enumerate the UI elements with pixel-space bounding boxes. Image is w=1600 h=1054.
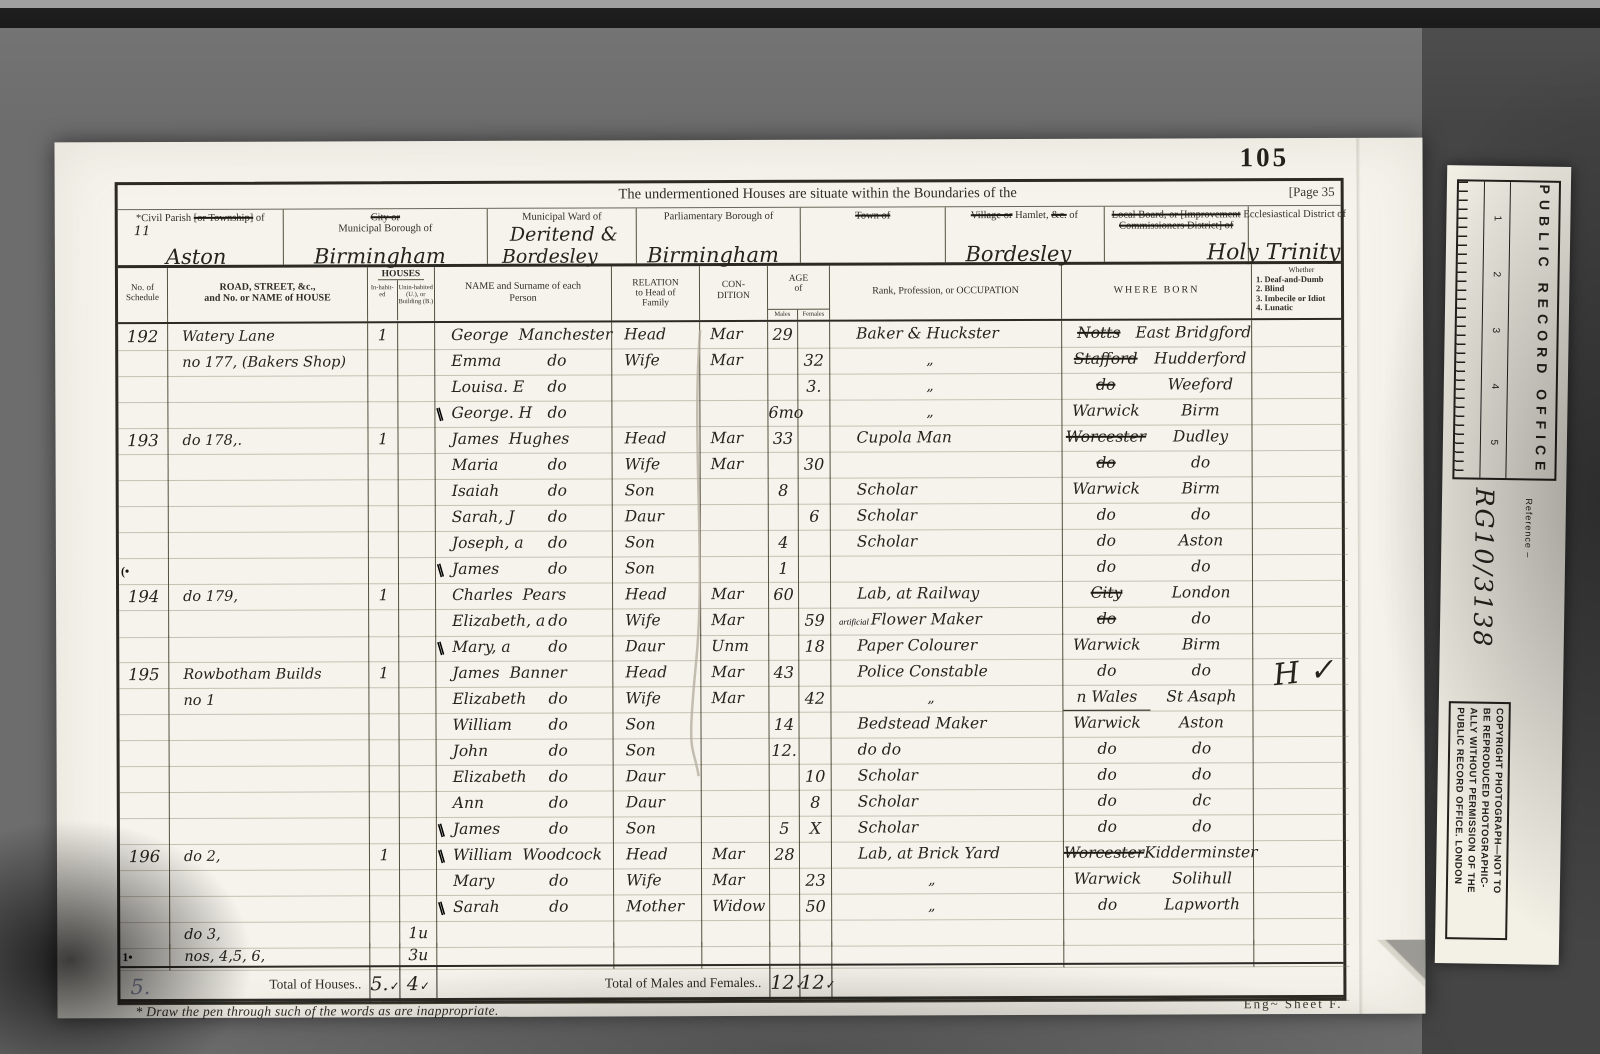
cell-dis <box>1254 866 1349 893</box>
cell-born: dodo <box>1064 736 1254 764</box>
ruler-number: 2 <box>1491 271 1502 277</box>
cell-sched <box>119 636 169 663</box>
cell-uninh <box>400 843 437 870</box>
check-icon: ✓ <box>420 979 430 993</box>
cell-uninh <box>400 765 437 792</box>
field-n2: do <box>548 687 567 712</box>
cell-occ: Paper Colourer <box>831 633 1063 661</box>
field-n1: Elizabeth <box>452 690 526 708</box>
field-am: 29 <box>772 325 792 344</box>
municipal-ward-value-2: Bordesley <box>502 245 598 267</box>
field-n1: James <box>453 820 500 838</box>
cell-name: JamesBanner <box>436 660 613 688</box>
field-n1: Charles <box>452 586 513 604</box>
cell-sched: (• <box>119 558 169 585</box>
field-cond: Mar <box>710 351 743 369</box>
cell-af: 23 <box>800 868 832 895</box>
cell-uninh <box>400 791 437 818</box>
cell-dis <box>1252 346 1347 373</box>
cell-occ: Baker & Huckster <box>830 321 1062 349</box>
cell-rel: Wife <box>613 608 701 636</box>
cell-occ: „ <box>830 373 1062 401</box>
pro-reference-area: Reference – RG10/3138 <box>1449 479 1556 703</box>
cell-af: 3. <box>798 374 830 401</box>
field-n1: Louisa. E <box>451 378 524 396</box>
field-inh: 1 <box>379 664 389 682</box>
cell-sched <box>118 376 168 403</box>
cell-rel: Daur <box>613 504 701 531</box>
cell-cond: Mar <box>701 452 769 479</box>
cell-sched <box>120 818 170 845</box>
field-af: X <box>810 819 821 838</box>
field-b1: do <box>1063 503 1150 529</box>
cell-cond <box>700 400 768 427</box>
field-b2: Aston <box>1150 528 1252 554</box>
field-n1: Isaiah <box>452 482 500 500</box>
cell-born: WorcesterKidderminster <box>1064 840 1254 868</box>
cell-rel: Son <box>613 556 701 583</box>
cell-inh <box>369 609 399 637</box>
cell-dis <box>1253 554 1348 581</box>
field-m: (• <box>121 559 129 584</box>
cell-dis <box>1253 684 1348 711</box>
cell-born: dodo <box>1063 502 1253 530</box>
field-occ: Scholar <box>857 506 917 524</box>
cell-occ: Police Constable <box>831 659 1063 687</box>
field-rel: Son <box>625 533 655 551</box>
cell-born: WarwickBirm <box>1063 632 1253 660</box>
parliamentary-borough-label: Parliamentary Borough of <box>637 211 800 223</box>
cell-born: dodo <box>1063 450 1253 478</box>
field-rel: Head <box>625 585 667 603</box>
cell-dis <box>1253 710 1348 737</box>
field-t: ∥ <box>435 843 448 869</box>
town-box: Town of <box>801 207 945 263</box>
header-houses: HOUSES In-habit-ed Unin-habited (U.), or… <box>368 267 435 321</box>
field-rel: Son <box>625 715 655 733</box>
cell-rel: Wife <box>613 452 701 479</box>
field-occ: „ <box>927 690 934 706</box>
field-b1: Stafford <box>1062 347 1149 373</box>
field-af: 59 <box>804 611 824 630</box>
cell-am: 12. <box>770 738 800 765</box>
field-n2: do <box>547 375 566 400</box>
cell-am: 4 <box>769 530 799 557</box>
field-n1: William <box>452 716 511 734</box>
village-hamlet-box: Village or Hamlet, &c. of Bordesley <box>945 207 1104 263</box>
field-cond: Unm <box>711 637 749 655</box>
pro-office-box: 1 2 3 4 5 PUBLIC RECORD OFFICE <box>1452 179 1561 481</box>
field-cond: Mar <box>710 325 743 343</box>
cell-road: do 178,. <box>168 427 368 455</box>
field-am: 28 <box>774 845 794 864</box>
cell-uninh <box>400 895 437 922</box>
cell-dis <box>1253 450 1348 477</box>
field-s: 194 <box>128 587 160 606</box>
cell-am: 6mo <box>768 400 798 427</box>
field-cond: Widow <box>712 897 765 915</box>
field-b1: do <box>1063 555 1150 581</box>
cell-uninh <box>399 661 436 688</box>
field-occ: do do <box>858 740 902 758</box>
field-af: 42 <box>805 689 825 708</box>
field-n1: Mary, a <box>452 638 510 656</box>
field-n2: Woodcock <box>522 845 602 863</box>
field-b2: Birm <box>1150 476 1252 502</box>
field-rel: Head <box>624 325 666 343</box>
cell-cond: Widow <box>702 894 770 921</box>
field-b1: Warwick <box>1063 477 1150 503</box>
field-s: 195 <box>128 665 160 684</box>
field-s: 192 <box>127 327 159 346</box>
cell-am: 43 <box>769 660 799 687</box>
cell-born: dodo <box>1063 658 1253 686</box>
cell-sched <box>119 532 169 559</box>
cell-occ: „ <box>830 399 1062 427</box>
ruler-number: 3 <box>1490 327 1501 333</box>
field-n2: do <box>547 349 566 374</box>
cell-sched <box>119 610 169 638</box>
cell-name: Mariado <box>436 452 613 480</box>
field-b2: Kidderminster <box>1144 840 1257 866</box>
field-b1: City <box>1063 581 1150 607</box>
cell-inh <box>369 531 399 558</box>
field-rel: Daur <box>626 793 665 811</box>
cell-cond <box>702 816 770 843</box>
check-icon: ✓ <box>390 979 400 993</box>
cell-af: 18 <box>799 634 831 661</box>
cell-born: dodo <box>1064 762 1254 790</box>
cell-road: Rowbotham Builds <box>169 661 369 689</box>
cell-uninh <box>400 869 437 896</box>
cell-dis <box>1252 320 1347 347</box>
cell-occ: „ <box>832 867 1064 895</box>
pro-office-title: PUBLIC RECORD OFFICE <box>1506 182 1559 479</box>
cell-born: WarwickSolihull <box>1064 866 1254 894</box>
cell-uninh <box>400 817 437 844</box>
cell-born: WarwickBirm <box>1063 476 1253 504</box>
cell-inh: 1 <box>368 323 398 350</box>
field-b1: do <box>1064 737 1151 763</box>
field-n2: do <box>548 453 567 478</box>
cell-occ: Lab, at Brick Yard <box>832 841 1064 869</box>
cell-dis <box>1254 788 1349 815</box>
field-cond: Mar <box>711 455 744 473</box>
cell-born: doWeeford <box>1062 372 1252 400</box>
pro-record-card: 1 2 3 4 5 PUBLIC RECORD OFFICE Reference… <box>1435 165 1572 965</box>
cell-af <box>798 400 830 427</box>
cell-sched: 192 <box>118 324 168 351</box>
cell-name: Johndo <box>437 738 614 766</box>
cell-occ: Scholar <box>832 815 1064 843</box>
cell-road <box>169 505 369 533</box>
field-road: nos, 4,5, 6, <box>184 949 265 965</box>
cell-af: 6 <box>799 504 831 531</box>
cell-name: Anndo <box>437 790 614 818</box>
civil-parish-mark: 11 <box>134 224 151 239</box>
parliamentary-borough-value: Birmingham <box>647 243 779 267</box>
cell-af <box>798 322 830 349</box>
cell-born: dodo <box>1064 814 1254 842</box>
cell-dis <box>1253 502 1348 529</box>
field-am: 33 <box>773 429 793 448</box>
cell-am: 28 <box>770 842 800 869</box>
field-am: 5 <box>779 819 789 838</box>
field-occ: Lab, at Brick Yard <box>858 844 1000 862</box>
field-t: ∥ <box>435 817 448 843</box>
field-n1: Ann <box>453 794 484 812</box>
cell-road: do 2, <box>170 843 370 871</box>
cell-inh <box>370 817 400 844</box>
cell-cond: Mar <box>701 608 769 636</box>
field-b1: Worcester <box>1064 841 1144 867</box>
cell-occ: Scholar <box>832 789 1064 817</box>
cell-born: n WalesSt Asaph <box>1063 684 1253 712</box>
field-occ: Paper Colourer <box>857 636 977 654</box>
cell-inh: 1 <box>368 427 398 454</box>
cell-cond: Mar <box>701 582 769 609</box>
field-road: Watery Lane <box>182 329 275 345</box>
field-b1: Warwick <box>1064 867 1151 893</box>
totals-people-label: Total of Males and Females.. <box>437 966 770 1004</box>
cell-rel: Daur <box>614 790 702 817</box>
cell-name: Emmado <box>435 348 612 376</box>
field-cond: Mar <box>712 871 745 889</box>
field-n2: Banner <box>510 664 567 682</box>
field-n2: Manchester <box>519 325 613 343</box>
cell-name: CharlesPears <box>436 582 613 610</box>
cell-sched <box>119 714 169 741</box>
cell-inh: 1 <box>369 583 399 610</box>
cell-road <box>169 453 369 481</box>
cell-rel: Head <box>614 842 702 869</box>
cell-am: 8 <box>769 478 799 505</box>
field-rel: Head <box>625 663 667 681</box>
field-occ: Scholar <box>857 480 917 498</box>
field-af: 10 <box>805 767 825 786</box>
cell-occ: Cupola Man <box>830 425 1062 453</box>
cell-af <box>799 530 831 557</box>
field-n1: Sarah <box>453 898 500 916</box>
cell-road <box>170 791 370 819</box>
header-disability: Whether 1. Deaf-and-Dumb2. Blind 3. Imbe… <box>1252 264 1347 318</box>
cell-rel: Head <box>612 322 700 349</box>
field-n1: John <box>453 742 489 760</box>
town-label-struck: Town of <box>801 210 944 221</box>
field-inh: 1 <box>379 846 389 864</box>
cell-name: Elizabethdo <box>436 686 613 714</box>
field-cond: Mar <box>711 689 744 707</box>
field-road: do 3, <box>184 927 221 943</box>
cell-am <box>768 348 798 375</box>
field-occ: Scholar <box>858 792 918 810</box>
field-road: do 179, <box>183 589 238 605</box>
cell-sched <box>120 792 170 819</box>
civil-parish-label: *Civil Parish [or Township] of <box>118 213 283 225</box>
cell-am: 29 <box>768 322 798 349</box>
cell-inh <box>370 765 400 792</box>
cell-dis <box>1252 398 1347 425</box>
cell-occ: do do <box>832 737 1064 765</box>
cell-road <box>168 375 368 403</box>
field-n1: Sarah, J <box>452 508 515 526</box>
field-b2: do <box>1150 606 1252 633</box>
census-document-page: 105 The undermentioned Houses are situat… <box>54 138 1425 1019</box>
field-b2: Lapworth <box>1151 892 1253 918</box>
field-am: 14 <box>774 715 794 734</box>
cell-occ: artificialFlower Maker <box>831 607 1063 636</box>
field-occ: „ <box>928 898 935 914</box>
cell-inh: 1 <box>369 661 399 688</box>
pro-copyright-box: COPYRIGHT PHOTOGRAPH—NOT TO BE REPRODUCE… <box>1445 701 1511 940</box>
cell-road <box>169 531 369 559</box>
field-n2: do <box>549 765 568 790</box>
cell-road <box>169 557 369 585</box>
field-am: 43 <box>774 663 794 682</box>
totals-uninhabited: 4✓ <box>400 967 437 1004</box>
cell-born: dodo <box>1063 554 1253 582</box>
ruler-number: 5 <box>1488 439 1499 445</box>
header-males: Males <box>768 310 798 320</box>
field-inh: 1 <box>378 326 388 344</box>
cell-af: 8 <box>800 790 832 817</box>
header-road: ROAD, STREET, &c.,and No. or NAME of HOU… <box>168 267 368 322</box>
field-b2: do <box>1150 658 1252 684</box>
cell-name: GeorgeManchester <box>435 322 612 350</box>
totals-females: 12✓ <box>800 966 832 1003</box>
cell-cond: Mar <box>700 348 768 375</box>
cell-rel: Wife <box>612 348 700 375</box>
cell-af <box>799 556 831 583</box>
field-road: do 178,. <box>182 433 242 449</box>
municipal-ward-label: Municipal Ward of <box>488 211 636 223</box>
cell-af <box>800 738 832 765</box>
field-n1: James <box>452 560 499 578</box>
sheet-footnote: * Draw the pen through such of the words… <box>135 1003 498 1020</box>
field-b2: Solihull <box>1151 866 1253 892</box>
municipal-borough-box: City or Municipal Borough of Birmingham <box>284 209 488 265</box>
municipal-ward-value-1: Deritend & <box>510 223 618 245</box>
field-n2: do <box>549 791 568 816</box>
jurisdiction-band: *Civil Parish [or Township] of 11 Aston … <box>118 206 1341 268</box>
municipal-ward-box: Municipal Ward of Deritend & Bordesley <box>488 208 637 264</box>
field-b2: Birm <box>1149 398 1251 424</box>
cell-name: Joseph, ado <box>436 530 613 558</box>
field-occ: Police Constable <box>857 662 988 680</box>
cell-dis <box>1252 424 1347 451</box>
blue-pencil-mark: 5. <box>130 970 150 1004</box>
field-rel: Wife <box>624 351 660 369</box>
cell-dis <box>1254 814 1349 841</box>
field-b2: do <box>1149 450 1251 476</box>
parliamentary-borough-box: Parliamentary Borough of Birmingham <box>637 208 801 264</box>
field-rel: Wife <box>626 871 662 889</box>
cell-rel: Wife <box>613 686 701 713</box>
municipal-borough-label: Municipal Borough of <box>284 223 487 235</box>
cell-occ: Scholar <box>832 763 1064 791</box>
cell-uninh <box>398 401 435 428</box>
field-rel: Daur <box>626 767 665 785</box>
cell-name: Elizabeth, ado <box>436 608 613 637</box>
local-board-struck-2: Commissioners District] of <box>1105 220 1248 231</box>
cell-cond: Mar <box>702 868 770 895</box>
cell-af: 32 <box>798 348 830 375</box>
header-females: Females <box>798 310 830 320</box>
city-or-struck: City or <box>284 212 487 224</box>
ecclesiastical-value: Holy Trinity <box>1207 240 1341 265</box>
totals-males: 12✓ <box>770 966 800 1003</box>
cell-dis <box>1253 528 1348 555</box>
cell-uninh <box>398 375 435 402</box>
cell-name: Louisa. Edo <box>435 374 612 402</box>
page-35-note: [Page 35 <box>1289 184 1335 200</box>
cell-occ <box>831 451 1063 479</box>
ecclesiastical-label: Ecclesiastical District of <box>1235 209 1355 220</box>
field-n2: do <box>549 895 568 920</box>
cell-rel: Son <box>614 816 702 843</box>
field-b2: do <box>1150 502 1252 528</box>
cell-road <box>169 635 369 663</box>
header-where-born: WHERE BORN <box>1062 264 1252 319</box>
cell-rel: Son <box>613 712 701 739</box>
cell-occ: „ <box>830 347 1062 375</box>
cell-cond: Mar <box>702 842 770 869</box>
cell-cond <box>700 374 768 401</box>
cell-road <box>170 817 370 845</box>
field-b1: do <box>1063 607 1150 634</box>
civil-parish-value: Aston <box>166 245 227 269</box>
field-b1: do <box>1064 815 1151 841</box>
cell-road <box>170 765 370 793</box>
cell-sched: 196 <box>120 844 170 871</box>
header-condition: CON-DITION <box>700 266 768 320</box>
cell-sched <box>119 506 169 533</box>
header-name: NAME and Surname of eachPerson <box>435 266 612 321</box>
field-occ: Bedstead Maker <box>857 714 986 732</box>
field-rel: Wife <box>625 455 661 473</box>
field-rel: Head <box>624 429 666 447</box>
cell-cond: Mar <box>700 322 768 349</box>
cell-sched <box>118 350 168 377</box>
cell-inh <box>368 401 398 428</box>
cell-born: WorcesterDudley <box>1062 424 1252 452</box>
field-occ: Cupola Man <box>856 428 951 446</box>
cell-occ: Scholar <box>831 529 1063 557</box>
cell-road <box>168 401 368 429</box>
field-b1: Worcester <box>1062 425 1149 451</box>
field-rel: Wife <box>625 611 661 629</box>
cell-inh <box>369 479 399 506</box>
cell-uninh <box>398 323 435 350</box>
field-t: ∥ <box>433 401 446 427</box>
cell-inh <box>369 713 399 740</box>
cell-uninh <box>399 583 436 610</box>
field-n1: James <box>451 430 498 448</box>
cell-af <box>799 582 831 609</box>
cell-inh: 1 <box>370 843 400 870</box>
census-table-header: No. ofSchedule ROAD, STREET, &c.,and No.… <box>118 264 1341 324</box>
cell-road: no 177, (Bakers Shop) <box>168 349 368 377</box>
cell-cond <box>701 478 769 505</box>
field-occ: Scholar <box>858 818 918 836</box>
cell-name: Sarah, Jdo <box>436 504 613 532</box>
field-cond: Mar <box>711 663 744 681</box>
cell-dis <box>1253 476 1348 503</box>
cell-uninh <box>399 557 436 584</box>
field-af: 30 <box>804 455 824 474</box>
local-board-struck-1: Local Board, or [Improvement <box>1104 209 1247 220</box>
field-b2: St Asaph <box>1150 684 1252 710</box>
